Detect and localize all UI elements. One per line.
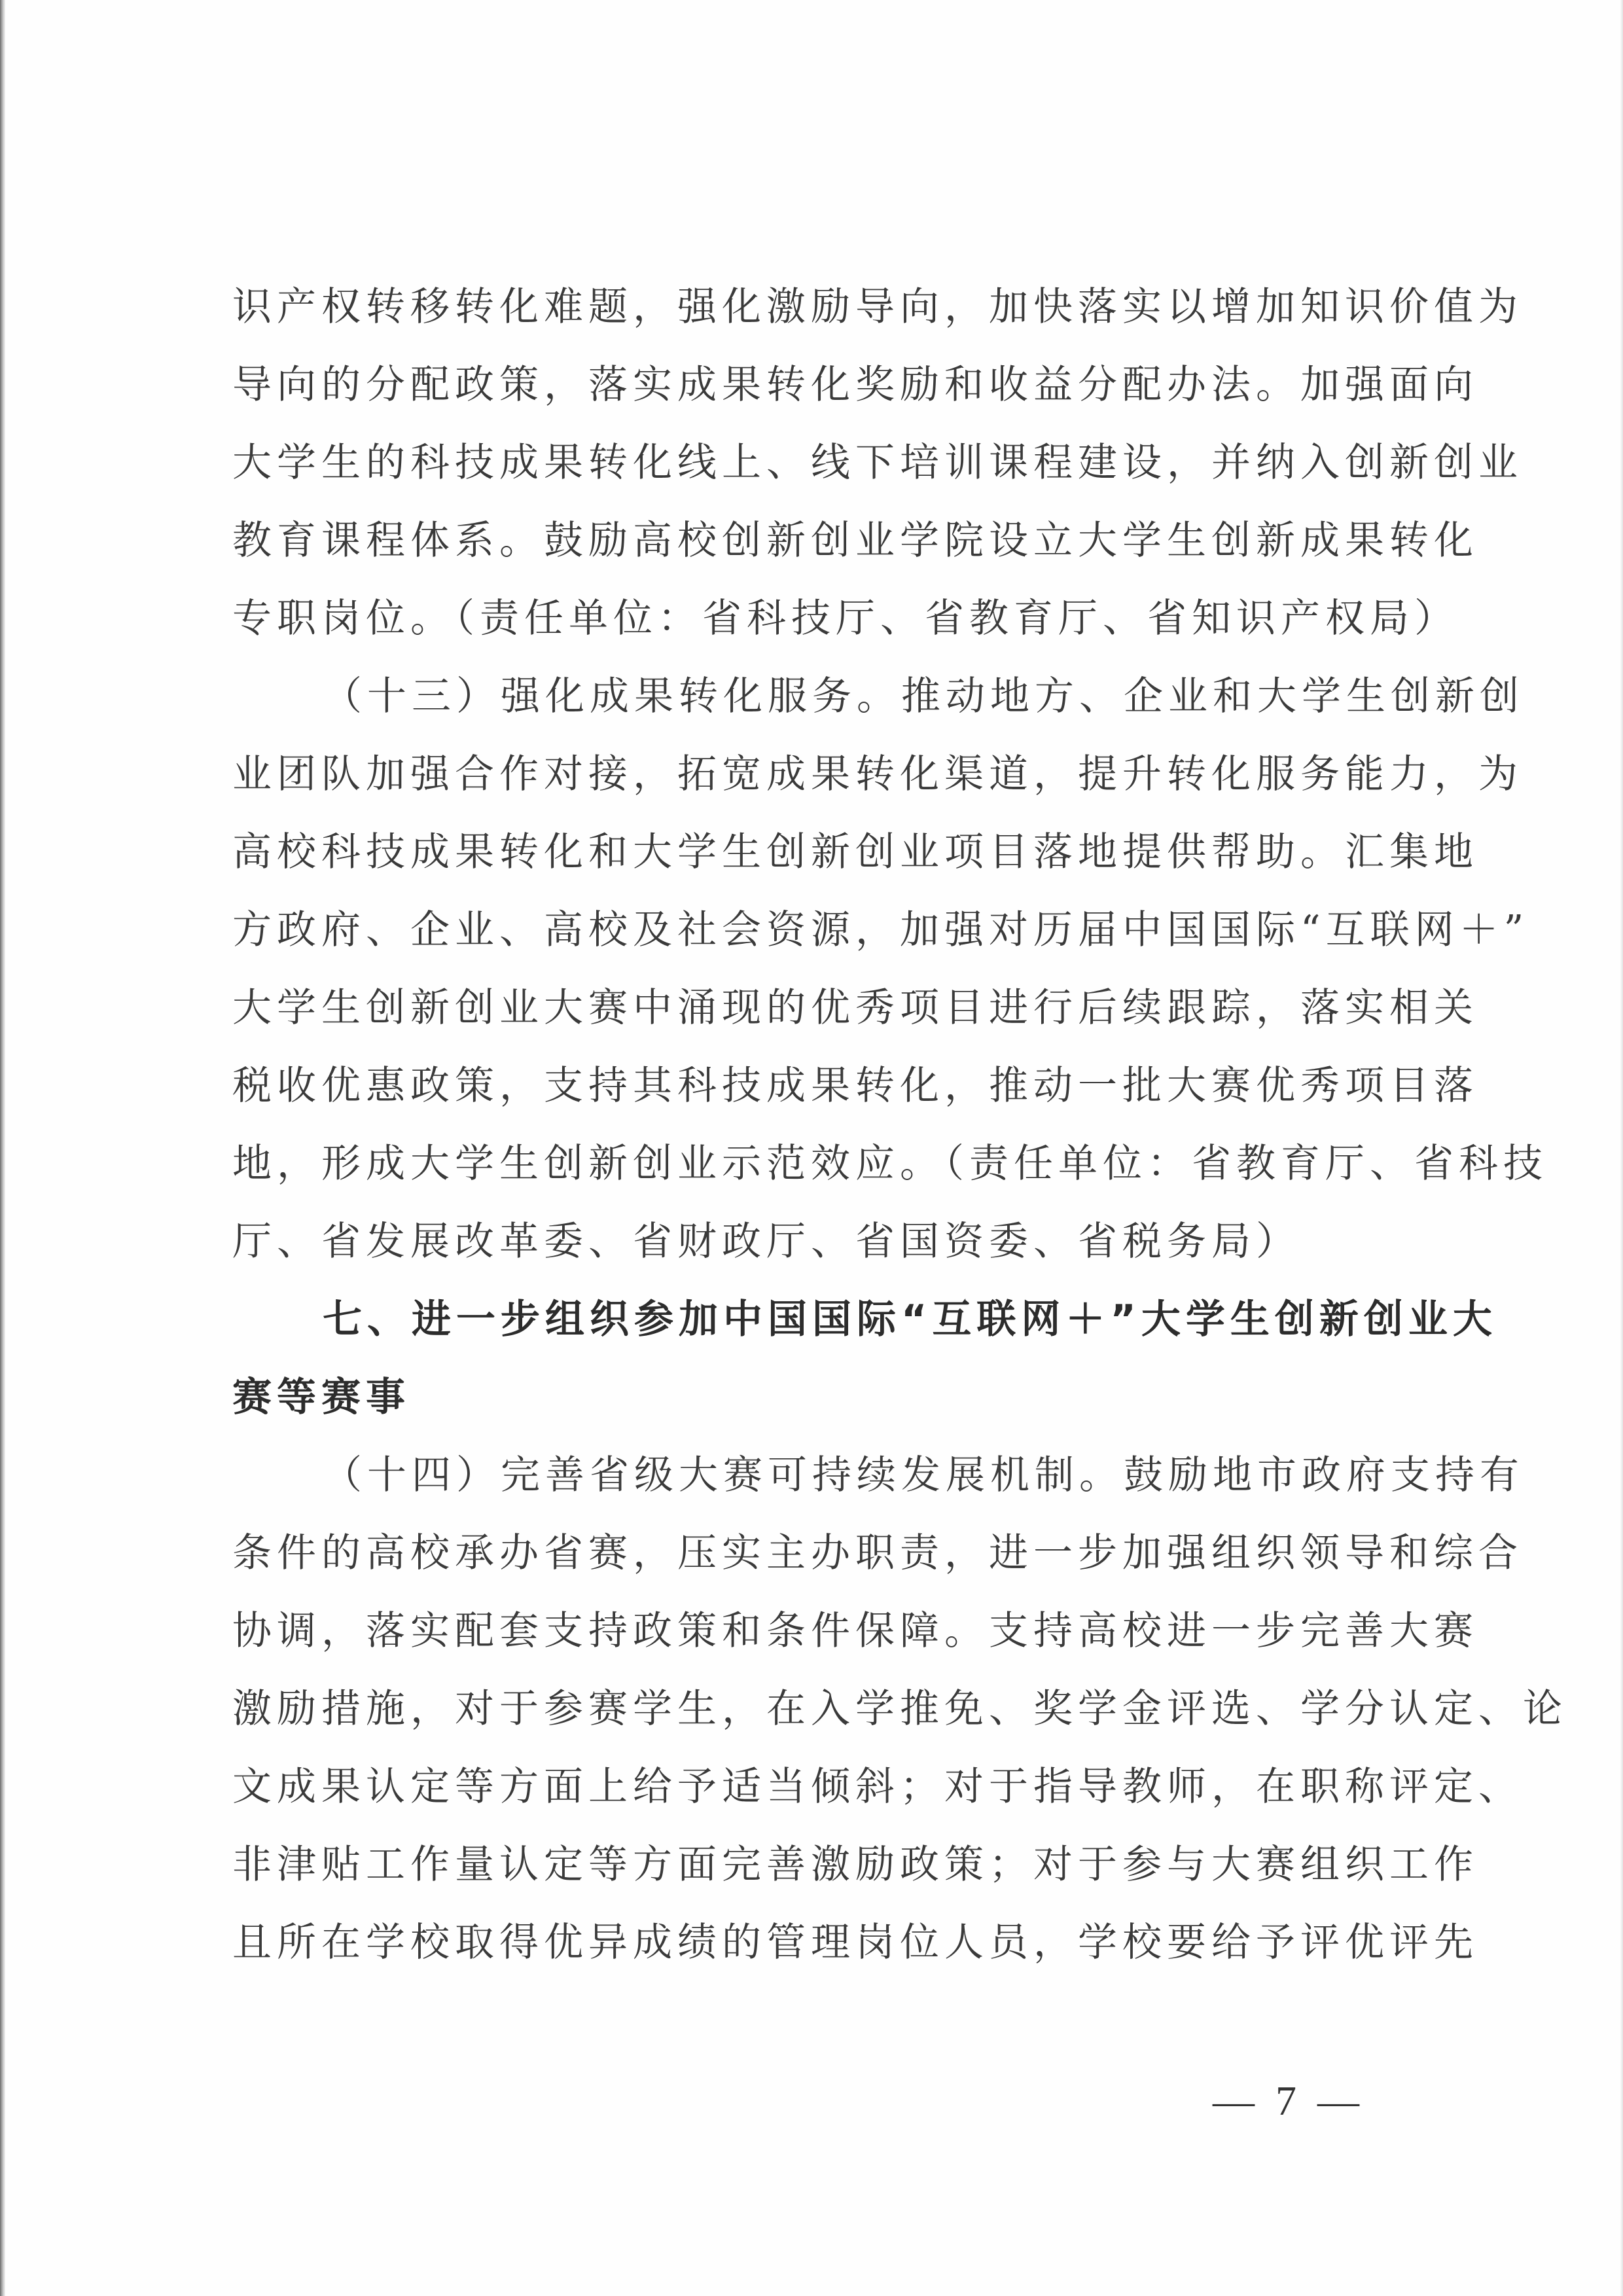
paragraph-line: 导向的分配政策，落实成果转化奖励和收益分配办法。加强面向 [232, 346, 1410, 424]
paragraph-line: 识产权转移转化难题，强化激励导向，加快落实以增加知识价值为 [232, 268, 1410, 346]
page-number: — 7 — [1204, 2075, 1368, 2127]
section-heading-7: 七、进一步组织参加中国国际“互联网＋”大学生创新创业大 [232, 1281, 1410, 1359]
paragraph-line: 协调，落实配套支持政策和条件保障。支持高校进一步完善大赛 [232, 1592, 1410, 1670]
paragraph-line: 条件的高校承办省赛，压实主办职责，进一步加强组织领导和综合 [232, 1515, 1410, 1592]
section-heading-7-continued: 赛等赛事 [232, 1359, 1410, 1437]
paragraph-line: 税收优惠政策，支持其科技成果转化，推动一批大赛优秀项目落 [232, 1047, 1410, 1125]
paragraph-line: 地，形成大学生创新创业示范效应。（责任单位：省教育厅、省科技 [232, 1125, 1410, 1203]
document-body: 识产权转移转化难题，强化激励导向，加快落实以增加知识价值为 导向的分配政策，落实… [232, 268, 1410, 1982]
paragraph-line-responsible-units: 厅、省发展改革委、省财政厅、省国资委、省税务局） [232, 1203, 1410, 1281]
scan-edge-shadow [0, 0, 5, 2296]
scan-edge-right [1620, 0, 1623, 2296]
paragraph-line: 高校科技成果转化和大学生创新创业项目落地提供帮助。汇集地 [232, 814, 1410, 891]
section-14-first-line: （十四）完善省级大赛可持续发展机制。鼓励地市政府支持有 [232, 1437, 1410, 1515]
paragraph-line: 大学生的科技成果转化线上、线下培训课程建设，并纳入创新创业 [232, 424, 1410, 502]
paragraph-line: 大学生创新创业大赛中涌现的优秀项目进行后续跟踪，落实相关 [232, 969, 1410, 1047]
paragraph-line: 非津贴工作量认定等方面完善激励政策；对于参与大赛组织工作 [232, 1826, 1410, 1904]
paragraph-line: 业团队加强合作对接，拓宽成果转化渠道，提升转化服务能力，为 [232, 736, 1410, 814]
paragraph-line: 文成果认定等方面上给予适当倾斜；对于指导教师，在职称评定、 [232, 1748, 1410, 1826]
paragraph-line: 激励措施，对于参赛学生，在入学推免、奖学金评选、学分认定、论 [232, 1670, 1410, 1748]
paragraph-line: 方政府、企业、高校及社会资源，加强对历届中国国际“互联网＋” [232, 891, 1410, 969]
paragraph-line: 教育课程体系。鼓励高校创新创业学院设立大学生创新成果转化 [232, 502, 1410, 580]
section-13-first-line: （十三）强化成果转化服务。推动地方、企业和大学生创新创 [232, 658, 1410, 736]
paragraph-line: 且所在学校取得优异成绩的管理岗位人员，学校要给予评优评先 [232, 1904, 1410, 1982]
paragraph-line-responsible-units: 专职岗位。（责任单位：省科技厅、省教育厅、省知识产权局） [232, 580, 1410, 658]
